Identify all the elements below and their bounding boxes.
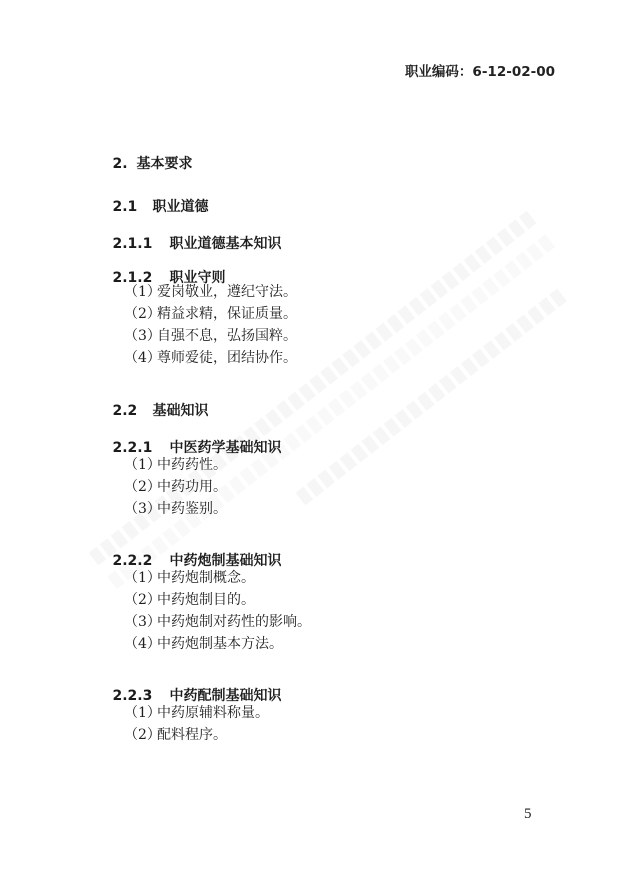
list-item: （1）爱岗敬业，遵纪守法。	[124, 281, 297, 301]
item-text: 中药药性。	[157, 457, 227, 473]
item-text: 中药炮制目的。	[157, 592, 255, 608]
item-marker: （1）	[124, 567, 157, 587]
document-page: 职业编码：6-12-02-00 2.基本要求 2.1职业道德 2.1.1职业道德…	[0, 0, 630, 883]
item-text: 爱岗敬业，遵纪守法。	[157, 284, 297, 300]
item-marker: （3）	[124, 611, 157, 631]
item-marker: （2）	[124, 476, 157, 496]
section-number: 2.	[113, 156, 137, 172]
item-text: 中药炮制基本方法。	[157, 636, 283, 652]
item-marker: （4）	[124, 347, 157, 367]
section-number: 2.1.1	[113, 236, 170, 252]
list-item: （1）中药药性。	[124, 454, 227, 474]
list-item: （2）配料程序。	[124, 724, 227, 744]
item-text: 中药鉴别。	[157, 501, 227, 517]
section-title: 基础知识	[153, 403, 209, 419]
item-text: 自强不息，弘扬国粹。	[157, 328, 297, 344]
item-text: 中药炮制对药性的影响。	[157, 614, 311, 630]
item-marker: （1）	[124, 454, 157, 474]
list-item: （1）中药炮制概念。	[124, 567, 255, 587]
list-item: （3）中药炮制对药性的影响。	[124, 611, 311, 631]
section-number: 2.1	[113, 199, 153, 215]
list-item: （4）中药炮制基本方法。	[124, 633, 283, 653]
item-text: 配料程序。	[157, 727, 227, 743]
item-marker: （3）	[124, 498, 157, 518]
item-marker: （1）	[124, 281, 157, 301]
list-item: （3）中药鉴别。	[124, 498, 227, 518]
section-title: 职业道德	[153, 199, 209, 215]
item-text: 中药原辅料称量。	[157, 705, 269, 721]
item-marker: （3）	[124, 325, 157, 345]
item-text: 中药炮制概念。	[157, 570, 255, 586]
list-item: （4）尊师爱徒，团结协作。	[124, 347, 297, 367]
item-marker: （2）	[124, 303, 157, 323]
item-marker: （2）	[124, 589, 157, 609]
list-item: （3）自强不息，弘扬国粹。	[124, 325, 297, 345]
list-item: （2）中药炮制目的。	[124, 589, 255, 609]
item-marker: （4）	[124, 633, 157, 653]
item-text: 尊师爱徒，团结协作。	[157, 350, 297, 366]
section-title: 职业道德基本知识	[170, 236, 282, 252]
occupation-code: 职业编码：6-12-02-00	[405, 60, 555, 80]
item-text: 精益求精，保证质量。	[157, 306, 297, 322]
item-marker: （1）	[124, 702, 157, 722]
item-marker: （2）	[124, 724, 157, 744]
list-item: （2）中药功用。	[124, 476, 227, 496]
list-item: （2）精益求精，保证质量。	[124, 303, 297, 323]
list-item: （1）中药原辅料称量。	[124, 702, 269, 722]
item-text: 中药功用。	[157, 479, 227, 495]
section-title: 基本要求	[137, 156, 193, 172]
section-number: 2.2	[113, 403, 153, 419]
page-number: 5	[524, 806, 532, 823]
